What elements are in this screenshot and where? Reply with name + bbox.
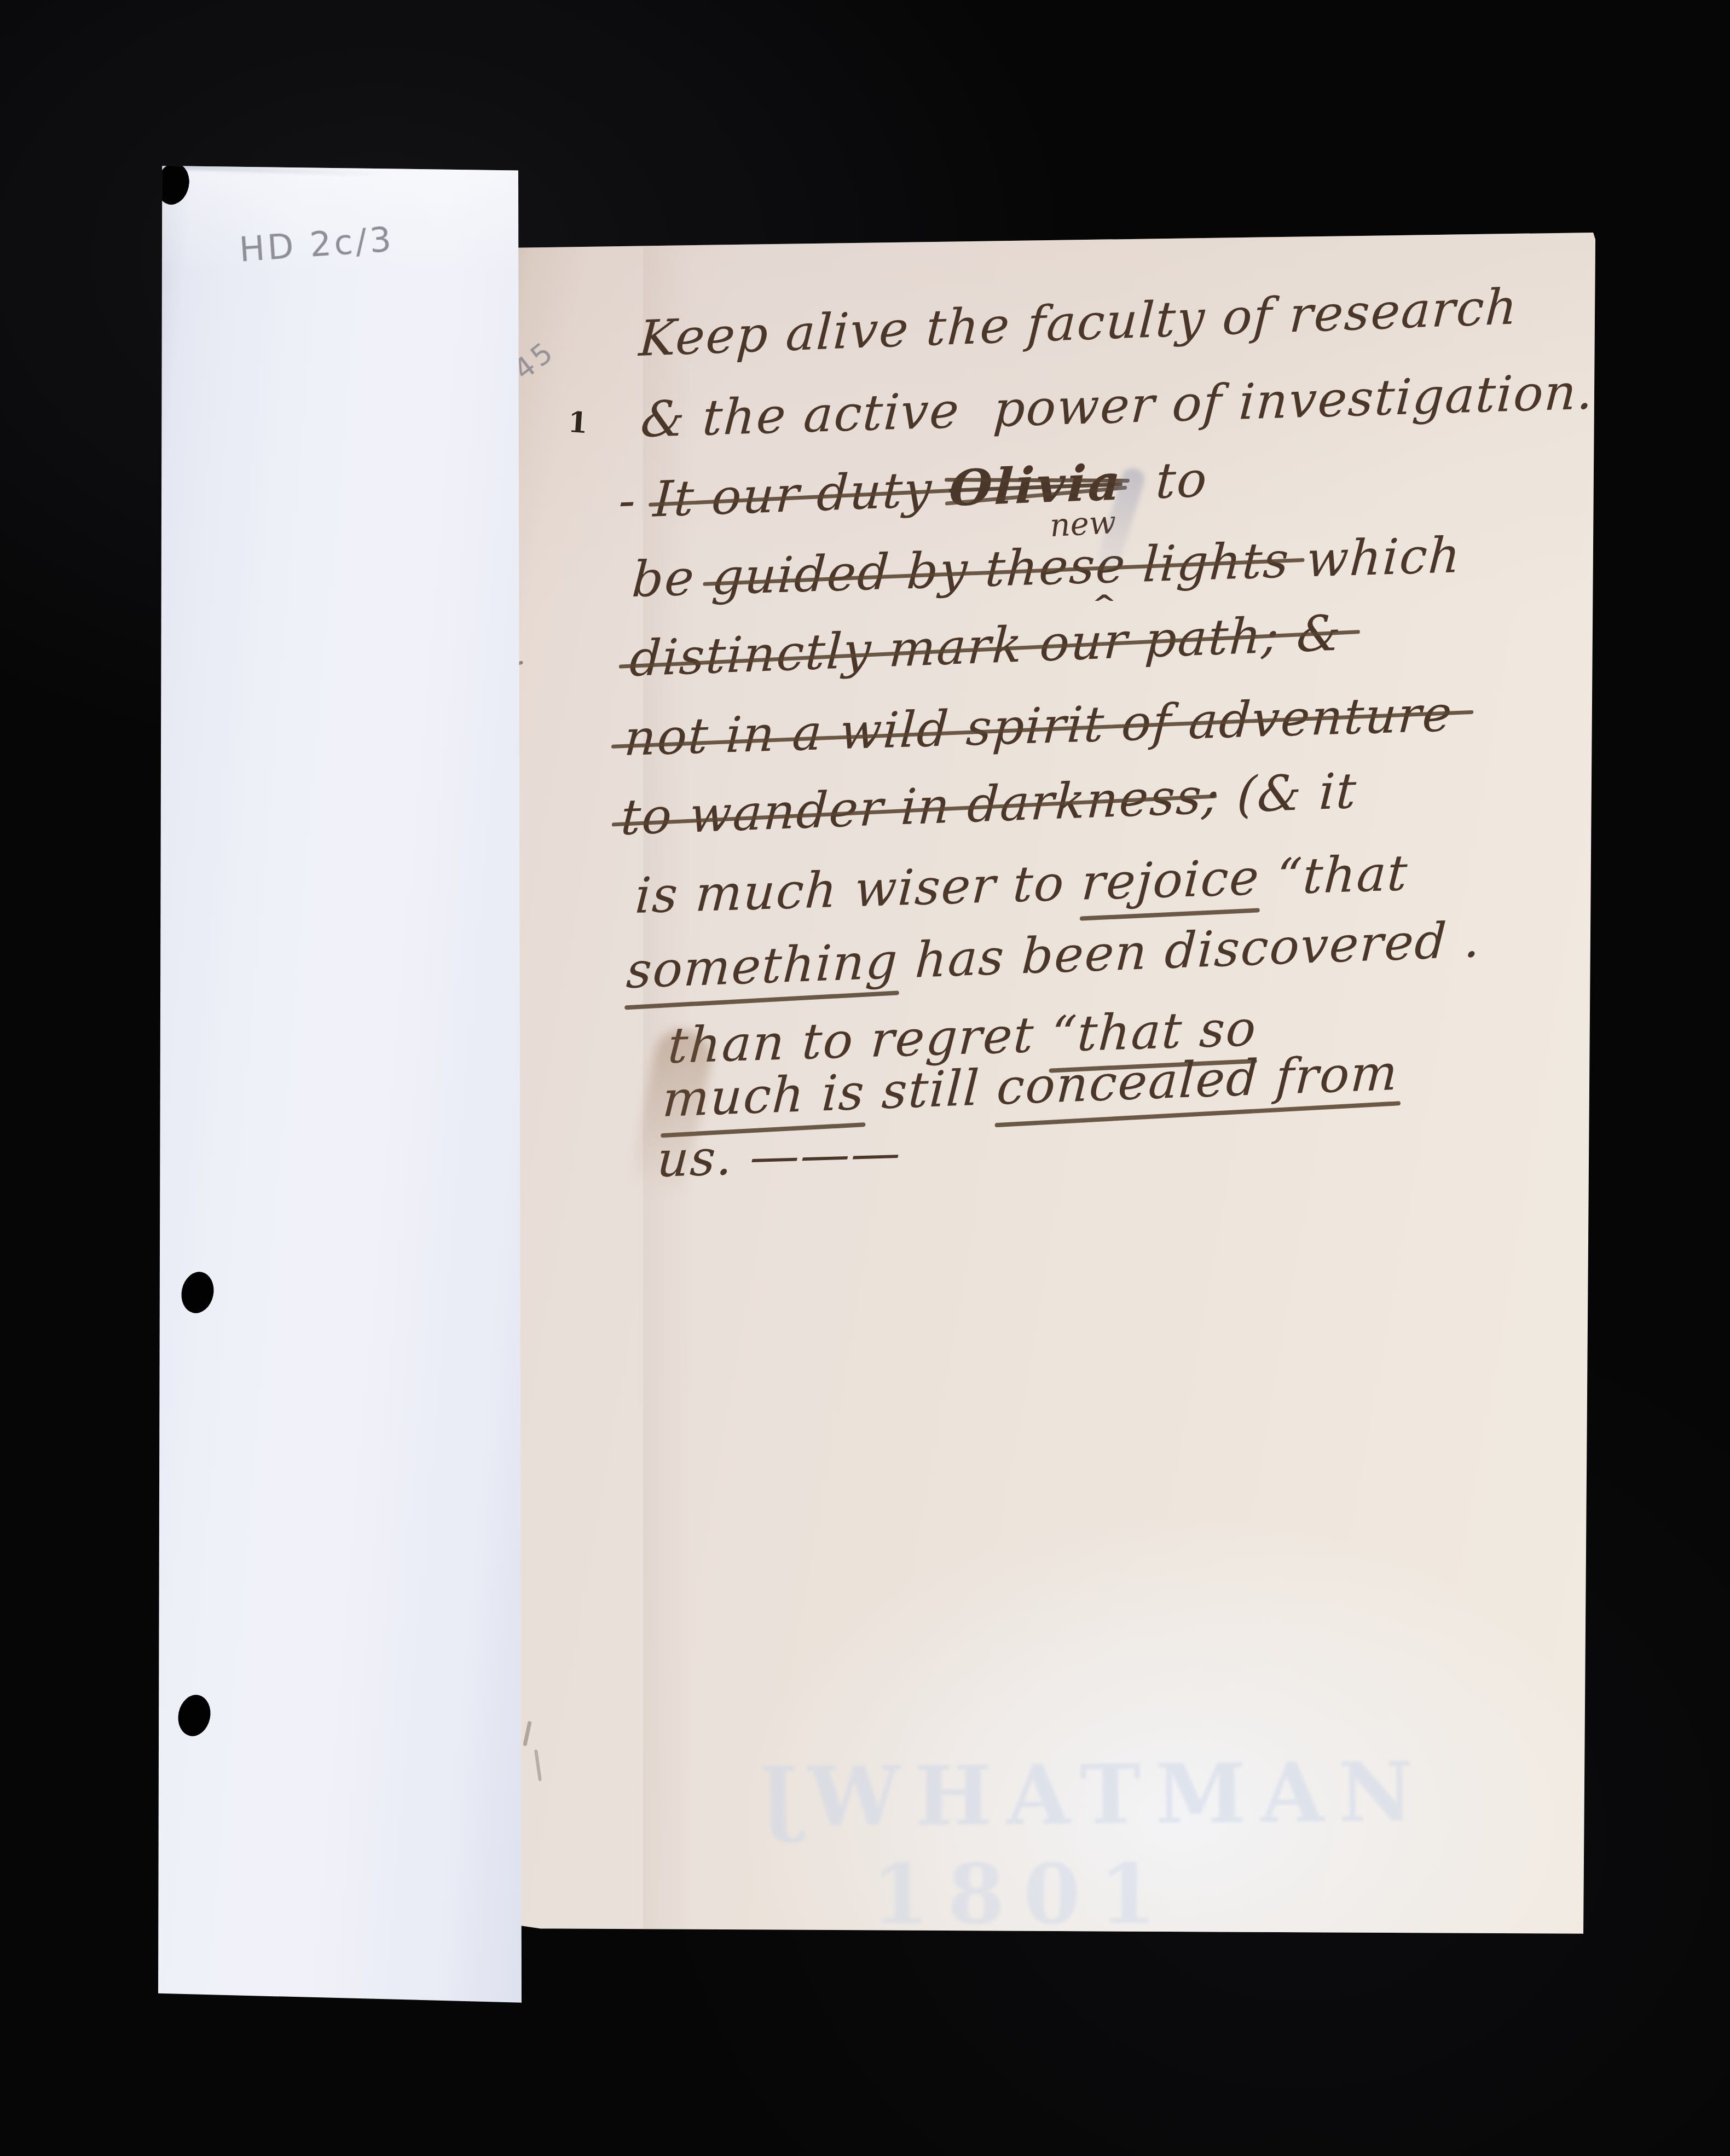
handwritten-line: something has been discovered . — [625, 913, 1483, 998]
text-segment-strike: It our duty — [652, 460, 951, 529]
slip-label: HD 2c/3 — [238, 222, 395, 267]
edge-mark — [534, 1749, 542, 1781]
manuscript-page: 45 1 Keep alive the faculty of research&… — [504, 233, 1595, 1937]
text-segment-plain: - — [617, 471, 655, 530]
punch-hole — [178, 1269, 218, 1316]
insertion-caret-icon: ^ — [1092, 592, 1116, 616]
watermark-name: WHATMAN — [808, 1744, 1428, 1846]
text-segment-strike: guided by these lights — [710, 531, 1292, 606]
handwritten-line: is much wiser to rejoice “that — [634, 846, 1410, 923]
text-segment-under: rejoice — [1080, 849, 1262, 912]
text-segment-plain: is much wiser to — [634, 854, 1084, 925]
text-segment-plain: “that — [1258, 844, 1410, 906]
watermark-initial: J — [745, 1757, 799, 1839]
watermark: JWHATMAN — [722, 1751, 1450, 1839]
handwritten-line: be guided by these lights which — [630, 528, 1463, 607]
text-segment-plain: which — [1288, 526, 1463, 589]
handwritten-line: Keep alive the faculty of research — [638, 280, 1519, 366]
text-segment-plain: still — [864, 1059, 998, 1121]
handwritten-line: distinctly mark our path; & — [628, 606, 1343, 686]
handwritten-line: & the active power of investigation. - — [639, 364, 1630, 447]
slip-crease — [157, 164, 387, 177]
text-segment-strike: to wander in darkness — [620, 768, 1204, 847]
watermark-year: 1801 — [802, 1853, 1245, 1935]
text-segment-strike: not in a wild spirit of adventure — [623, 685, 1455, 767]
text-segment-plain: ——— — [749, 1124, 904, 1186]
text-segment-under: something — [625, 932, 900, 1000]
text-segment-strike: distinctly mark our path; & — [628, 605, 1343, 688]
text-segment-plain: & the active power of investigation. - — [639, 362, 1630, 449]
handwritten-line: not in a wild spirit of adventure — [623, 687, 1454, 766]
margin-tick: 1 — [567, 408, 589, 438]
punch-hole — [175, 1692, 215, 1739]
edge-mark — [523, 1721, 531, 1746]
reference-slip: HD 2c/3 — [157, 163, 523, 2004]
handwritten-line: to wander in darkness; (& it — [620, 764, 1358, 845]
photo-scene: 45 1 Keep alive the faculty of research&… — [0, 0, 1730, 2156]
text-segment-plain: be — [630, 549, 714, 608]
text-segment-plain: has been discovered . — [897, 911, 1483, 990]
text-segment-plain: ; (& it — [1201, 762, 1358, 825]
text-segment-plain: Keep alive the faculty of research — [638, 278, 1520, 368]
